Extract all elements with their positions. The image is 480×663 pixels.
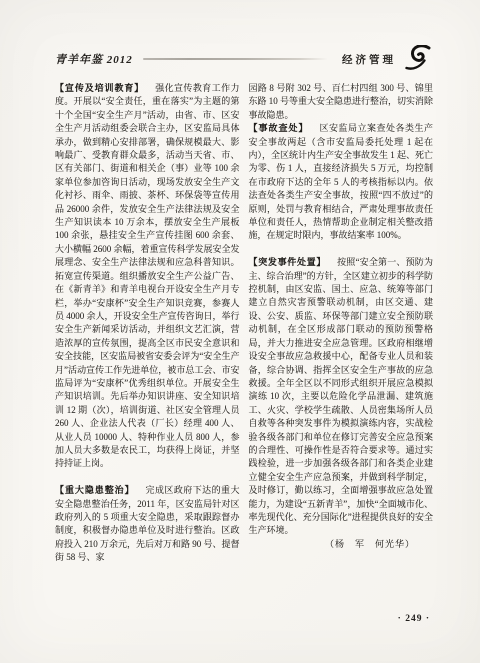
entry-head-emergency-response: 【突发事件处置】 xyxy=(249,257,327,267)
section-title: 经济管理 xyxy=(342,52,396,67)
entry-emergency-response: 【突发事件处置】按照“安全第一、预防为主、综合治理”的方针，全区建立初步的科学防… xyxy=(249,256,434,538)
right-column: 园路 8 号附 302 号、百仁村四组 300 号、锦里东路 10 号等重大安全… xyxy=(249,82,434,565)
entry-body-continuation: 园路 8 号附 302 号、百仁村四组 300 号、锦里东路 10 号等重大安全… xyxy=(249,83,434,120)
left-column: 【宣传及培训教育】强化宣传教育工作力度。开展以“安全责任，重在落实”为主题的第十… xyxy=(55,82,240,565)
entry-head-publicity-training: 【宣传及培训教育】 xyxy=(55,83,144,93)
yearbook-page: 青羊年鉴 2012 经济管理 【宣传及培训教育】强化宣传教育工作力度。开展以“安… xyxy=(0,0,480,663)
page-number: · 249 · xyxy=(398,614,430,624)
entry-body-major-hazard: 完成区政府下达的重大安全隐患整治任务，2011 年，区安监局针对区政府列入的 5… xyxy=(55,485,240,562)
entry-head-major-hazard: 【重大隐患整治】 xyxy=(55,485,135,495)
entry-major-hazard: 【重大隐患整治】完成区政府下达的重大安全隐患整治任务，2011 年，区安监局针对… xyxy=(55,484,240,564)
entry-body-accident-investigation: 区安监局立案查处各类生产安全事故两起（含市安监局委托处理 1 起在内），全区统计… xyxy=(249,123,434,240)
cloud-swirl-ornament-icon xyxy=(404,45,434,73)
entry-body-emergency-response: 按照“安全第一、预防为主、综合治理”的方针，全区建立初步的科学防控机制，由区安监… xyxy=(249,257,434,535)
entry-publicity-training: 【宣传及培训教育】强化宣传教育工作力度。开展以“安全责任，重在落实”为主题的第十… xyxy=(55,82,240,471)
article-columns: 【宣传及培训教育】强化宣传教育工作力度。开展以“安全责任，重在落实”为主题的第十… xyxy=(55,82,433,565)
yearbook-title: 青羊年鉴 2012 xyxy=(55,51,133,67)
entry-head-accident-investigation: 【事故查处】 xyxy=(249,123,309,133)
entry-major-hazard-continuation: 园路 8 号附 302 号、百仁村四组 300 号、锦里东路 10 号等重大安全… xyxy=(249,82,434,122)
page-header: 青羊年鉴 2012 经济管理 xyxy=(55,45,434,73)
byline: （杨 军 何光华） xyxy=(249,538,434,551)
entry-accident-investigation: 【事故查处】区安监局立案查处各类生产安全事故两起（含市安监局委托处理 1 起在内… xyxy=(249,122,434,243)
header-divider xyxy=(143,58,328,60)
entry-body-publicity-training: 强化宣传教育工作力度。开展以“安全责任，重在落实”为主题的第十个全国“安全生产月… xyxy=(55,83,240,468)
